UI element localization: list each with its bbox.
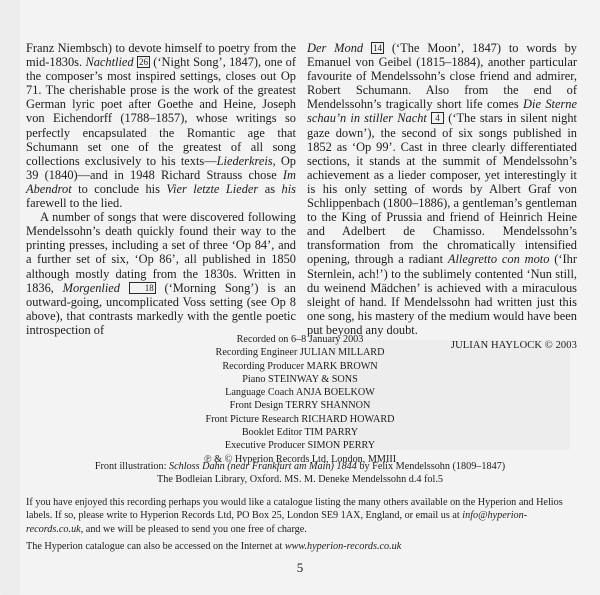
credit-line: Booklet Editor TIM PARRY: [100, 426, 500, 439]
catalogue-offer: If you have enjoyed this recording perha…: [26, 496, 578, 536]
credit-line: Front Picture Research RICHARD HOWARD: [100, 413, 500, 426]
illustration-artist: by Felix Mendelssohn (1809–1847): [357, 461, 505, 472]
essay-left-column: Franz Niembsch) to devote himself to poe…: [26, 41, 296, 337]
illustration-line: Front illustration: Schloss Dahn (near F…: [60, 460, 540, 473]
page-number: 5: [0, 560, 600, 576]
work-title: Vier letzte Lieder: [166, 182, 258, 196]
track-number-badge: 26: [137, 56, 150, 68]
credit-line: Piano STEINWAY & SONS: [100, 373, 500, 386]
credit-line: Recording Producer MARK BROWN: [100, 360, 500, 373]
website-link[interactable]: www.hyperion-records.co.uk: [285, 541, 401, 552]
essay-text: as: [258, 182, 281, 196]
front-illustration-credit: Front illustration: Schloss Dahn (near F…: [60, 460, 540, 487]
credit-line: Recording Engineer JULIAN MILLARD: [100, 346, 500, 359]
tempo-marking: Allegretto con moto: [448, 252, 550, 266]
essay-right-column: Der Mond 14 (‘The Moon’, 1847) to words …: [307, 41, 577, 353]
song-title: Der Mond: [307, 41, 363, 55]
illustration-label: Front illustration:: [95, 461, 169, 472]
song-title: Morgenlied: [63, 281, 120, 295]
essay-text: to conclude his: [72, 182, 167, 196]
web-note-text: The Hyperion catalogue can also be acces…: [26, 541, 285, 552]
booklet-page: Franz Niembsch) to devote himself to poe…: [0, 0, 600, 595]
illustration-title: Schloss Dahn (near Frankfurt am Main) 18…: [169, 461, 357, 472]
recording-credits: Recorded on 6–8 January 2003 Recording E…: [100, 333, 500, 466]
track-number-badge: 18: [129, 282, 156, 294]
essay-text: (‘The stars in silent night gaze down’),…: [307, 111, 577, 266]
essay-paragraph: A number of songs that were discovered f…: [26, 210, 296, 337]
track-number-badge: 14: [371, 42, 384, 54]
illustration-source: The Bodleian Library, Oxford. MS. M. Den…: [60, 473, 540, 486]
emphasis: his: [282, 182, 296, 196]
essay-paragraph: Franz Niembsch) to devote himself to poe…: [26, 41, 296, 210]
credit-line: Recorded on 6–8 January 2003: [100, 333, 500, 346]
offer-text: , and we will be pleased to send you one…: [81, 524, 307, 535]
credit-line: Executive Producer SIMON PERRY: [100, 439, 500, 452]
catalogue-web-note: The Hyperion catalogue can also be acces…: [26, 540, 578, 553]
essay-paragraph: Der Mond 14 (‘The Moon’, 1847) to words …: [307, 41, 577, 337]
bleed-through-shade: [0, 0, 20, 595]
song-title: Nachtlied: [85, 55, 133, 69]
essay-text: farewell to the lied.: [26, 196, 122, 210]
credit-line: Front Design TERRY SHANNON: [100, 399, 500, 412]
essay-text: (‘Night Song’, 1847), one of the compose…: [26, 55, 296, 168]
credit-line: Language Coach ANJA BOELKOW: [100, 386, 500, 399]
work-title: Liederkreis: [217, 154, 273, 168]
track-number-badge: 4: [431, 112, 444, 124]
